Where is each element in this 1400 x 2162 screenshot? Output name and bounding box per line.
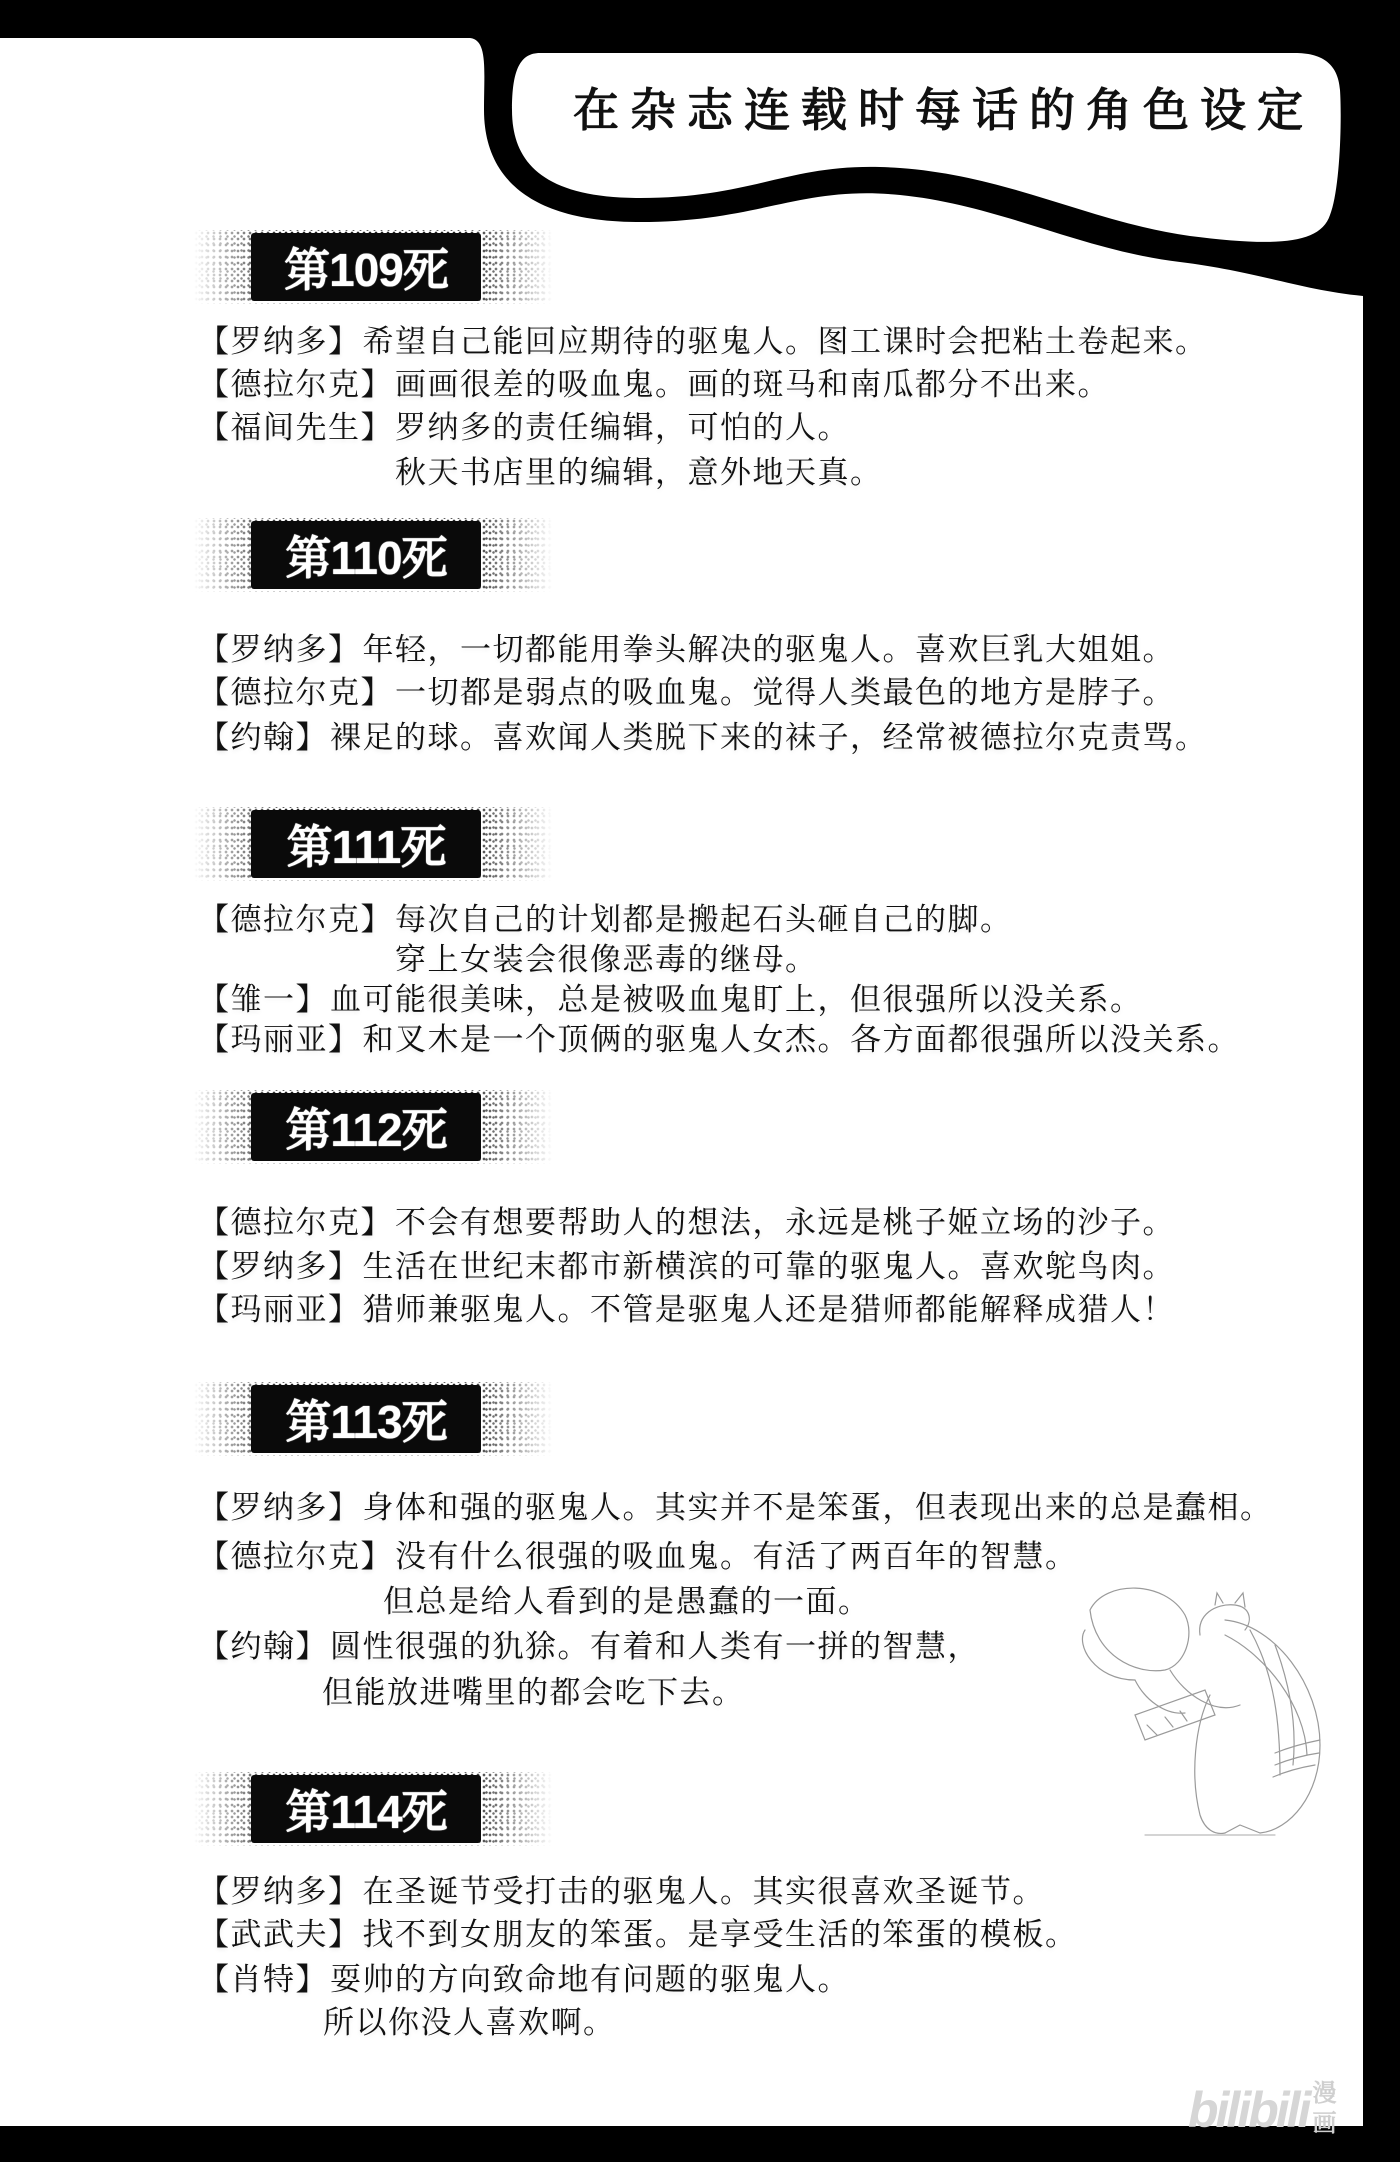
entry-continuation: 但能放进嘴里的都会吃下去。 xyxy=(322,1673,745,1713)
character-name: 【玛丽亚】 xyxy=(198,1292,361,1328)
character-description: 在圣诞节受打击的驱鬼人。其实很喜欢圣诞节。 xyxy=(363,1874,1046,1910)
manga-label-bottom: 画 xyxy=(1312,2108,1336,2138)
character-description: 猎师兼驱鬼人。不管是驱鬼人还是猎师都能解释成猎人！ xyxy=(363,1292,1176,1328)
entry-line: 【约翰】圆性很强的犰狳。有着和人类有一拼的智慧， xyxy=(198,1627,980,1667)
character-description: 裸足的球。喜欢闻人类脱下来的袜子，经常被德拉尔克责骂。 xyxy=(330,720,1208,756)
character-description: 没有什么很强的吸血鬼。有活了两百年的智慧。 xyxy=(395,1539,1078,1575)
character-name: 【罗纳多】 xyxy=(198,1490,361,1526)
manga-label: 漫 画 xyxy=(1312,2078,1336,2138)
entry-line: 【福间先生】罗纳多的责任编辑，可怕的人。 xyxy=(198,408,850,448)
character-description: 希望自己能回应期待的驱鬼人。图工课时会把粘土卷起来。 xyxy=(363,324,1208,360)
character-description: 画画很差的吸血鬼。画的斑马和南瓜都分不出来。 xyxy=(395,367,1110,403)
character-name: 【罗纳多】 xyxy=(198,324,361,360)
entry-continuation: 但总是给人看到的是愚蠢的一面。 xyxy=(383,1582,871,1622)
chapter-title: 第114死 xyxy=(251,1772,481,1846)
chapter-title: 第113死 xyxy=(251,1382,481,1456)
chapter-banner-114: 第114死 xyxy=(193,1772,553,1846)
chapter-title: 第111死 xyxy=(251,807,481,881)
chapter-title: 第109死 xyxy=(251,230,481,304)
character-name: 【肖特】 xyxy=(198,1962,328,1998)
character-name: 【德拉尔克】 xyxy=(198,1539,393,1575)
character-name: 【罗纳多】 xyxy=(198,1249,361,1285)
entry-continuation: 所以你没人喜欢啊。 xyxy=(323,2003,616,2043)
character-name: 【德拉尔克】 xyxy=(198,367,393,403)
character-description: 血可能很美味，总是被吸血鬼盯上，但很强所以没关系。 xyxy=(330,982,1143,1018)
character-description: 罗纳多的责任编辑，可怕的人。 xyxy=(395,410,850,446)
character-name: 【罗纳多】 xyxy=(198,1874,361,1910)
chapter-banner-113: 第113死 xyxy=(193,1382,553,1456)
character-name: 【约翰】 xyxy=(198,720,328,756)
character-description: 生活在世纪末都市新横滨的可靠的驱鬼人。喜欢鸵鸟肉。 xyxy=(363,1249,1176,1285)
manga-label-top: 漫 xyxy=(1312,2078,1336,2108)
bilibili-manga-watermark: bilibili 漫 画 xyxy=(1188,2068,1378,2138)
entry-line: 【武武夫】找不到女朋友的笨蛋。是享受生活的笨蛋的模板。 xyxy=(198,1915,1078,1955)
character-description: 年轻，一切都能用拳头解决的驱鬼人。喜欢巨乳大姐姐。 xyxy=(363,632,1176,668)
character-description: 身体和强的驱鬼人。其实并不是笨蛋，但表现出来的总是蠢相。 xyxy=(363,1490,1273,1526)
entry-continuation: 穿上女装会很像恶毒的继母。 xyxy=(395,940,818,980)
entry-line: 【罗纳多】身体和强的驱鬼人。其实并不是笨蛋，但表现出来的总是蠢相。 xyxy=(198,1488,1273,1528)
character-name: 【约翰】 xyxy=(198,1629,328,1665)
entry-line: 【德拉尔克】一切都是弱点的吸血鬼。觉得人类最色的地方是脖子。 xyxy=(198,673,1175,713)
chapter-banner-112: 第112死 xyxy=(193,1090,553,1164)
character-name: 【德拉尔克】 xyxy=(198,675,393,711)
character-description: 找不到女朋友的笨蛋。是享受生活的笨蛋的模板。 xyxy=(363,1917,1078,1953)
page-title: 在杂志连载时每话的角色设定 xyxy=(573,80,1313,140)
character-name: 【玛丽亚】 xyxy=(198,1022,361,1058)
entry-line: 【肖特】耍帅的方向致命地有问题的驱鬼人。 xyxy=(198,1960,850,2000)
entry-line: 【约翰】裸足的球。喜欢闻人类脱下来的袜子，经常被德拉尔克责骂。 xyxy=(198,718,1208,758)
chapter-title: 第112死 xyxy=(251,1090,481,1164)
chapter-banner-109: 第109死 xyxy=(193,230,553,304)
entry-line: 【罗纳多】希望自己能回应期待的驱鬼人。图工课时会把粘土卷起来。 xyxy=(198,322,1208,362)
character-description: 和叉木是一个顶俩的驱鬼人女杰。各方面都很强所以没关系。 xyxy=(363,1022,1241,1058)
entry-continuation: 秋天书店里的编辑，意外地天真。 xyxy=(395,453,883,493)
entry-line: 【德拉尔克】每次自己的计划都是搬起石头砸自己的脚。 xyxy=(198,900,1013,940)
character-description: 一切都是弱点的吸血鬼。觉得人类最色的地方是脖子。 xyxy=(395,675,1175,711)
character-description: 每次自己的计划都是搬起石头砸自己的脚。 xyxy=(395,902,1013,938)
chapter-banner-111: 第111死 xyxy=(193,807,553,881)
character-description: 不会有想要帮助人的想法，永远是桃子姬立场的沙子。 xyxy=(395,1205,1175,1241)
entry-line: 【玛丽亚】猎师兼驱鬼人。不管是驱鬼人还是猎师都能解释成猎人！ xyxy=(198,1290,1175,1330)
entry-line: 【罗纳多】在圣诞节受打击的驱鬼人。其实很喜欢圣诞节。 xyxy=(198,1872,1045,1912)
character-description: 圆性很强的犰狳。有着和人类有一拼的智慧， xyxy=(330,1629,980,1665)
entry-line: 【德拉尔克】没有什么很强的吸血鬼。有活了两百年的智慧。 xyxy=(198,1537,1078,1577)
entry-line: 【雏一】血可能很美味，总是被吸血鬼盯上，但很强所以没关系。 xyxy=(198,980,1143,1020)
armadillo-sketch-illustration xyxy=(1075,1575,1325,1840)
chapter-title: 第110死 xyxy=(251,518,481,592)
character-name: 【雏一】 xyxy=(198,982,328,1018)
chapter-banner-110: 第110死 xyxy=(193,518,553,592)
character-name: 【福间先生】 xyxy=(198,410,393,446)
entry-line: 【德拉尔克】画画很差的吸血鬼。画的斑马和南瓜都分不出来。 xyxy=(198,365,1110,405)
character-description: 耍帅的方向致命地有问题的驱鬼人。 xyxy=(330,1962,850,1998)
entry-line: 【德拉尔克】不会有想要帮助人的想法，永远是桃子姬立场的沙子。 xyxy=(198,1203,1175,1243)
entry-line: 【罗纳多】生活在世纪末都市新横滨的可靠的驱鬼人。喜欢鸵鸟肉。 xyxy=(198,1247,1175,1287)
character-name: 【德拉尔克】 xyxy=(198,902,393,938)
character-name: 【罗纳多】 xyxy=(198,632,361,668)
character-name: 【德拉尔克】 xyxy=(198,1205,393,1241)
bilibili-logo: bilibili xyxy=(1188,2082,1308,2138)
character-name: 【武武夫】 xyxy=(198,1917,361,1953)
entry-line: 【玛丽亚】和叉木是一个顶俩的驱鬼人女杰。各方面都很强所以没关系。 xyxy=(198,1020,1240,1060)
entry-line: 【罗纳多】年轻，一切都能用拳头解决的驱鬼人。喜欢巨乳大姐姐。 xyxy=(198,630,1175,670)
